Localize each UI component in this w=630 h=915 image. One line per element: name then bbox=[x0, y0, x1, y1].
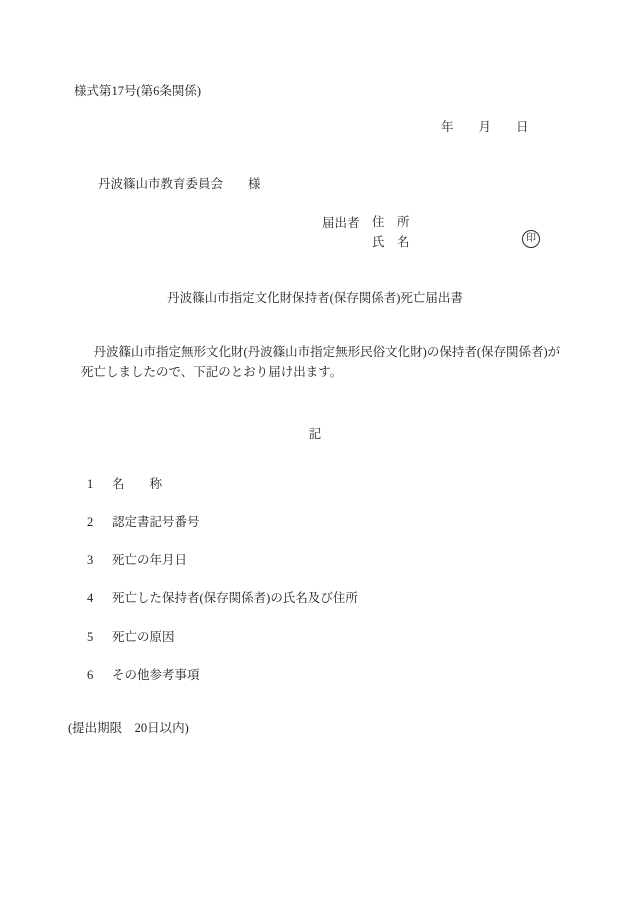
item-label: 認定書記号番号 bbox=[112, 515, 200, 529]
item-label: 名 称 bbox=[112, 477, 162, 491]
item-label: 死亡の原因 bbox=[112, 630, 175, 644]
notifier-label: 届出者 bbox=[322, 216, 372, 256]
seal-label: 印 bbox=[526, 234, 536, 244]
item-label: その他参考事項 bbox=[112, 668, 200, 682]
notifier-address-label: 住 所 bbox=[372, 216, 410, 236]
seal-stamp-icon: 印 bbox=[522, 230, 540, 248]
item-number: 5 bbox=[87, 630, 112, 644]
item-label: 死亡の年月日 bbox=[112, 553, 187, 567]
addressee-line: 丹波篠山市教育委員会 様 bbox=[98, 177, 261, 191]
item-label: 死亡した保持者(保存関係者)の氏名及び住所 bbox=[112, 591, 358, 605]
list-item: 3 死亡の年月日 bbox=[87, 553, 187, 567]
notifier-name-label: 氏 名 bbox=[372, 236, 410, 256]
item-number: 3 bbox=[87, 553, 112, 567]
list-item: 6 その他参考事項 bbox=[87, 668, 200, 682]
item-number: 4 bbox=[87, 591, 112, 605]
list-item: 5 死亡の原因 bbox=[87, 630, 175, 644]
form-number: 様式第17号(第6条関係) bbox=[74, 84, 201, 98]
item-number: 6 bbox=[87, 668, 112, 682]
document-page: 様式第17号(第6条関係) 年 月 日 丹波篠山市教育委員会 様 届出者 住 所… bbox=[0, 0, 630, 915]
body-paragraph-line-1: 丹波篠山市指定無形文化財(丹波篠山市指定無形民俗文化財)の保持者(保存関係者)が bbox=[81, 345, 560, 359]
body-paragraph-line-2: 死亡しましたので、下記のとおり届け出ます。 bbox=[81, 365, 342, 379]
notifier-block: 届出者 住 所 氏 名 bbox=[322, 216, 410, 256]
document-title: 丹波篠山市指定文化財保持者(保存関係者)死亡届出書 bbox=[0, 291, 630, 305]
deadline-note: (提出期限 20日以内) bbox=[68, 721, 189, 735]
list-item: 2 認定書記号番号 bbox=[87, 515, 200, 529]
ki-heading: 記 bbox=[0, 427, 630, 441]
date-line: 年 月 日 bbox=[441, 120, 529, 134]
item-number: 1 bbox=[87, 477, 112, 491]
item-number: 2 bbox=[87, 515, 112, 529]
list-item: 1 名 称 bbox=[87, 477, 162, 491]
list-item: 4 死亡した保持者(保存関係者)の氏名及び住所 bbox=[87, 591, 358, 605]
